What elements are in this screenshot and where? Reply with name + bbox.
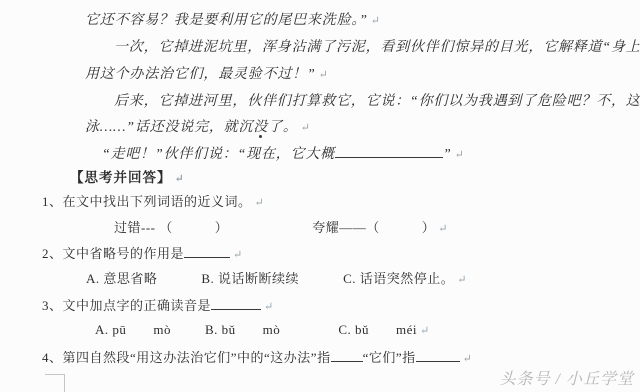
synonym-pair-2-open: 夸耀——（: [312, 220, 380, 235]
passage-text: 一次，它掉进泥坑里，浑身沾满了污泥，看到伙伴们惊异的目光，它解释道“身上虱子多，: [114, 40, 640, 55]
question-text: 4、第四自然段“用这办法治它们”中的“这办法”指: [42, 350, 331, 365]
paragraph-return-icon: ↵: [463, 353, 472, 365]
option-c: C. 话语突然停止。: [343, 271, 454, 286]
synonym-pair-1-close: ）: [215, 220, 229, 235]
paragraph-return-icon: ↵: [319, 69, 328, 81]
passage-line-5: 泳……”话还没说完，就沉没了。↵: [85, 119, 310, 137]
paragraph-return-icon: ↵: [420, 325, 429, 337]
question-text: 1、在文中找出下列词语的近义词。: [42, 194, 252, 209]
passage-line-6: “走吧！”伙伴们说：“现在，它大概”↵: [102, 144, 464, 164]
fill-in-blank: [184, 244, 230, 258]
passage-text: ”: [443, 147, 452, 162]
section-heading-text: 【思考并回答】: [70, 170, 172, 185]
option-b: B. bǔ mò: [205, 322, 280, 337]
paragraph-return-icon: ↵: [175, 173, 184, 185]
paragraph-return-icon: ↵: [438, 223, 447, 235]
dotted-emphasis-char: 没: [253, 120, 268, 135]
worksheet-page: 它还不容易？我是要利用它的尾巴来洗脸。”↵ 一次，它掉进泥坑里，浑身沾满了污泥，…: [0, 0, 640, 392]
passage-text: 了。: [268, 120, 298, 135]
passage-text: 用这个办法治它们，最灵验不过！”: [85, 67, 316, 82]
paragraph-return-icon: ↵: [371, 15, 380, 27]
paragraph-return-icon: ↵: [457, 274, 466, 286]
paragraph-return-icon: ↵: [301, 122, 310, 134]
question-1-answer-pairs: 过错--- （）夸耀——（）↵: [114, 219, 448, 238]
passage-line-4: 后来，它掉进河里，伙伴们打算救它，它说：“你们以为我遇到了危险吧？不，这是在游: [114, 93, 640, 111]
question-2-options: A. 意思省略B. 说话断断续续C. 话语突然停止。↵: [86, 270, 466, 289]
passage-text: 后来，它掉进河里，伙伴们打算救它，它说：“你们以为我遇到了危险吧？不，这是在游: [114, 94, 640, 109]
passage-line-3: 用这个办法治它们，最灵验不过！”↵: [85, 66, 328, 84]
paragraph-return-icon: ↵: [255, 197, 264, 209]
paragraph-return-icon: ↵: [264, 301, 273, 313]
question-2: 2、文中省略号的作用是↵: [42, 244, 242, 264]
question-text: “它们”指: [363, 350, 416, 365]
passage-text: “走吧！”伙伴们说：“现在，它大概: [102, 147, 335, 162]
paragraph-return-icon: ↵: [233, 249, 242, 261]
option-a: A. 意思省略: [86, 271, 157, 286]
fill-in-blank: [335, 144, 443, 158]
passage-text: 它还不容易？我是要利用它的尾巴来洗脸。”: [85, 13, 368, 28]
paragraph-return-icon: ↵: [455, 149, 464, 161]
fill-in-blank: [416, 348, 460, 362]
question-3: 3、文中加点字的正确读音是↵: [42, 296, 273, 316]
question-3-options: A. pū mòB. bǔ mòC. bǔ méi↵: [95, 321, 429, 340]
fill-in-blank: [211, 296, 261, 310]
passage-text: 泳……”话还没说完，就沉: [85, 120, 253, 135]
question-text: 3、文中加点字的正确读音是: [42, 298, 211, 313]
fill-in-blank: [331, 348, 363, 362]
section-heading: 【思考并回答】↵: [70, 169, 184, 188]
question-4: 4、第四自然段“用这办法治它们”中的“这办法”指“它们”指↵: [42, 348, 472, 368]
passage-line-1: 它还不容易？我是要利用它的尾巴来洗脸。”↵: [85, 12, 380, 30]
option-a: A. pū mò: [95, 322, 171, 337]
watermark: 头条号 / 小丘学堂: [500, 366, 634, 389]
question-1: 1、在文中找出下列词语的近义词。↵: [42, 193, 264, 212]
option-b: B. 说话断断续续: [201, 271, 299, 286]
synonym-pair-2-close: ）: [422, 220, 436, 235]
passage-line-2: 一次，它掉进泥坑里，浑身沾满了污泥，看到伙伴们惊异的目光，它解释道“身上虱子多，: [114, 39, 640, 57]
option-c: C. bǔ méi: [338, 322, 417, 337]
synonym-pair-1-open: 过错--- （: [114, 220, 173, 235]
question-text: 2、文中省略号的作用是: [42, 246, 184, 261]
page-margin-corner-mark: [45, 374, 65, 392]
